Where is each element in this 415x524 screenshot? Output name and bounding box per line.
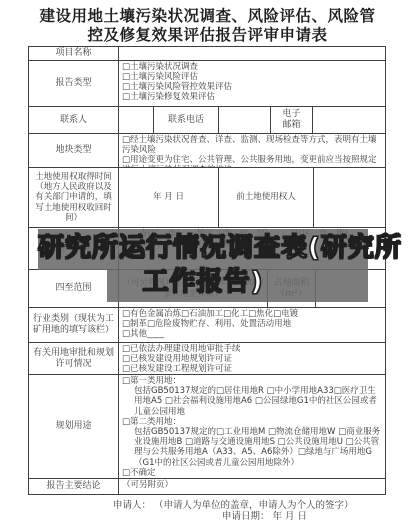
page-title-line2: 控及修复效果评估报告评审申请表 [0, 26, 415, 45]
contact-label: 联系人 [29, 107, 119, 133]
contact-email-label: 电子邮箱 [271, 107, 313, 133]
plot-type-label: 地块类型 [29, 134, 119, 167]
planned-use-label: 规划用途 [29, 375, 119, 478]
checkbox-option: □土壤污染风险评估 [122, 72, 382, 82]
row-plot-location: 地块位置 ____省(区、市)____地区（市、州、盟）____县(区、市、旗)… [29, 228, 385, 270]
checkbox-option: □土壤污染状况调查 [122, 62, 382, 72]
plot-location-label: 地块位置 [29, 228, 119, 269]
approval-options: □已依法办理建设用地审批手续 □已核发建设用地规划许可证 □已核发建设工程规划许… [119, 343, 385, 374]
plot-location-line1: ____省(区、市)____地区（市、州、盟）____县(区、市、旗)____ [122, 229, 382, 239]
boundary-label: 四至范围 [29, 270, 119, 307]
area-label-text: 占地面积（m²） [273, 278, 311, 299]
row-plot-type: 地块类型 □经土壤污染状况普查、详查、监测、现场检查等方式，表明有土壤污染风险 … [29, 134, 385, 168]
prev-holder-label: 前土地使用权人 [219, 168, 314, 227]
checkbox-option: □用途变更为住宅、公共管理、公共服务用地，变更前应当按照规定进行土壤污染状况调查… [122, 155, 382, 167]
land-right-date: 年 月 日 [119, 168, 219, 227]
checkbox-option: □已核发建设工程规划许可证 [122, 364, 382, 374]
contact-email-label-text: 电子邮箱 [281, 109, 303, 130]
row-approval: 有关用地审批和规划许可情况 □已依法办理建设用地审批手续 □已核发建设用地规划许… [29, 343, 385, 375]
boundary-note: （可另附图）注明拐点坐标（2000国家大地坐标系） [119, 270, 268, 307]
report-type-label: 报告类型 [29, 61, 119, 106]
row-planned-use: 规划用途 □第一类用地： 包括GB50137规定的□居住用地R □中小学用地A3… [29, 375, 385, 479]
application-table: 项目名称 报告类型 □土壤污染状况调查 □土壤污染风险评估 □土壤污染风险管控效… [28, 46, 386, 495]
conclusion-value: （可另附页） [119, 479, 385, 494]
planned-use-content: □第一类用地： 包括GB50137规定的□居住用地R □中小学用地A33□医疗卫… [119, 375, 385, 478]
row-boundary: 四至范围 （可另附图）注明拐点坐标（2000国家大地坐标系） 占地面积（m²） [29, 270, 385, 308]
planned-use-line: □不确定 [122, 468, 382, 478]
planned-use-line: 包括GB50137规定的□居住用地R □中小学用地A33□医疗卫生用地A5 □社… [122, 386, 382, 417]
row-report-type: 报告类型 □土壤污染状况调查 □土壤污染风险评估 □土壤污染风险管控效果评估 □… [29, 61, 385, 107]
row-industry: 行业类别（现状为工矿用地的填写该栏） □有色金属冶炼□石油加工□化工□焦化□电镀… [29, 308, 385, 343]
checkbox-option: □其他____ [122, 329, 382, 339]
contact-phone-value [219, 107, 271, 133]
row-conclusion: 报告主要结论 （可另附页） [29, 479, 385, 494]
land-right-label: 土地使用权取得时间（地方人民政府以及有关部门申请的，填写土地使用权收回时间） [29, 168, 119, 227]
checkbox-option: □已依法办理建设用地审批手续 [122, 344, 382, 354]
plot-location-line2: □项目中心坐标（请在图中标明） [122, 239, 382, 249]
report-type-options: □土壤污染状况调查 □土壤污染风险评估 □土壤污染风险管控效果评估 □土壤污染修… [119, 61, 385, 106]
area-label: 占地面积（m²） [268, 270, 316, 307]
plot-type-options: □经土壤污染状况普查、详查、监测、现场检查等方式，表明有土壤污染风险 □用途变更… [119, 134, 385, 167]
plot-location-value: ____省(区、市)____地区（市、州、盟）____县(区、市、旗)____ … [119, 228, 385, 269]
contact-name-value [119, 107, 154, 133]
row-contact: 联系人 联系电话 电子邮箱 [29, 107, 385, 134]
checkbox-option: □制革□危险废物贮存、利用、处置活动用地 [122, 319, 382, 329]
application-date-line: 申请日期： 年 月 日 [222, 508, 307, 522]
row-project-name: 项目名称 [29, 47, 385, 61]
page-title: 建设用地土壤污染状况调查、风险评估、风险管 控及修复效果评估报告评审申请表 [0, 7, 415, 44]
checkbox-option: □土壤污染风险管控效果评估 [122, 82, 382, 92]
prev-holder-value [314, 168, 385, 227]
planned-use-line: □第一类用地： [122, 376, 382, 386]
planned-use-line: 包括GB50137规定的□工业用地M □物流仓储用地W □商业服务业设施用地B … [122, 427, 382, 468]
project-name-value [119, 47, 385, 60]
checkbox-option: □有色金属冶炼□石油加工□化工□焦化□电镀 [122, 309, 382, 319]
planned-use-line: □第二类用地： [122, 417, 382, 427]
checkbox-option: □经土壤污染状况普查、详查、监测、现场检查等方式，表明有土壤污染风险 [122, 135, 382, 155]
approval-label: 有关用地审批和规划许可情况 [29, 343, 119, 374]
contact-phone-label: 联系电话 [154, 107, 219, 133]
industry-label: 行业类别（现状为工矿用地的填写该栏） [29, 308, 119, 342]
row-land-right: 土地使用权取得时间（地方人民政府以及有关部门申请的，填写土地使用权收回时间） 年… [29, 168, 385, 228]
application-form-page: 建设用地土壤污染状况调查、风险评估、风险管 控及修复效果评估报告评审申请表 项目… [0, 0, 415, 524]
checkbox-option: □土壤污染修复效果评估 [122, 92, 382, 102]
area-value [316, 270, 385, 307]
contact-email-value [313, 107, 385, 133]
checkbox-option: □已核发建设用地规划许可证 [122, 354, 382, 364]
conclusion-label: 报告主要结论 [29, 479, 119, 494]
industry-options: □有色金属冶炼□石油加工□化工□焦化□电镀 □制革□危险废物贮存、利用、处置活动… [119, 308, 385, 342]
page-title-line1: 建设用地土壤污染状况调查、风险评估、风险管 [0, 7, 415, 26]
project-name-label: 项目名称 [29, 47, 119, 60]
